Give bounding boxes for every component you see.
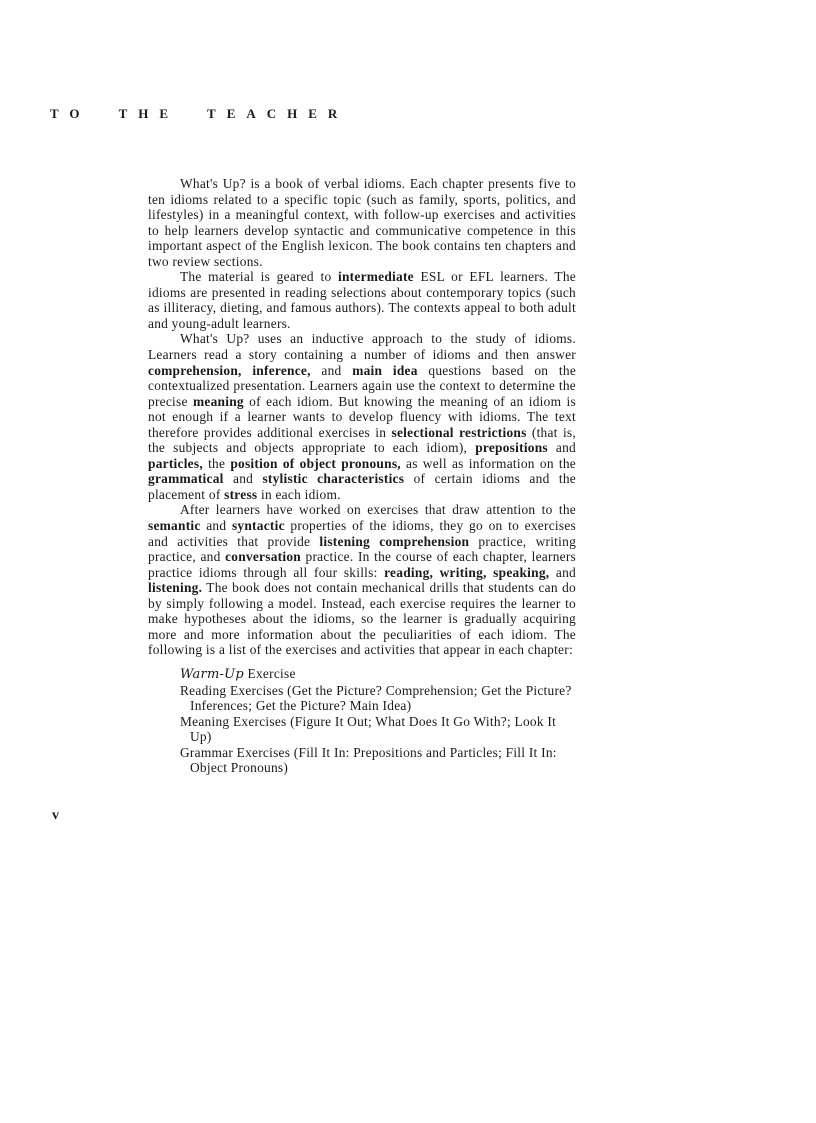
- text-run: and: [549, 565, 576, 580]
- text-run: and: [201, 518, 232, 533]
- bold-term: semantic: [148, 518, 201, 533]
- bold-term: grammatical: [148, 471, 224, 486]
- text-run: the: [203, 456, 230, 471]
- text-run: and: [548, 440, 576, 455]
- text-run: in each idiom.: [257, 487, 340, 502]
- text-run: What's Up? is a book of verbal idioms. E…: [148, 176, 576, 269]
- bold-term: intermediate: [338, 269, 414, 284]
- paragraph: After learners have worked on exercises …: [148, 502, 576, 657]
- bold-term: position of object pronouns,: [230, 456, 401, 471]
- paragraph: The material is geared to intermediate E…: [148, 269, 576, 331]
- page-heading: TO THE TEACHER: [50, 106, 348, 122]
- bold-term: stylistic characteristics: [262, 471, 404, 486]
- bold-term: meaning: [193, 394, 244, 409]
- list-item: Grammar Exercises (Fill It In: Prepositi…: [180, 745, 576, 776]
- list-item-text: Grammar Exercises (Fill It In: Prepositi…: [180, 745, 557, 776]
- exercise-list: Warm-Up Exercise Reading Exercises (Get …: [180, 666, 576, 776]
- bold-term: reading, writing, speaking,: [384, 565, 549, 580]
- text-run: as well as information on the: [401, 456, 576, 471]
- list-item-text: Meaning Exercises (Figure It Out; What D…: [180, 714, 556, 745]
- paragraph: What's Up? uses an inductive approach to…: [148, 331, 576, 502]
- list-item: Meaning Exercises (Figure It Out; What D…: [180, 714, 576, 745]
- page-number: v: [52, 808, 59, 824]
- paragraph: What's Up? is a book of verbal idioms. E…: [148, 176, 576, 269]
- text-run: and: [311, 363, 352, 378]
- bold-term: listening.: [148, 580, 202, 595]
- bold-term: prepositions: [475, 440, 548, 455]
- bold-term: particles,: [148, 456, 203, 471]
- body-text: What's Up? is a book of verbal idioms. E…: [148, 176, 576, 776]
- bold-term: selectional restrictions: [392, 425, 527, 440]
- bold-term: listening comprehension: [319, 534, 469, 549]
- bold-term: comprehension, inference,: [148, 363, 311, 378]
- bold-term: main idea: [352, 363, 418, 378]
- bold-term: stress: [224, 487, 257, 502]
- text-run: The material is geared to: [180, 269, 338, 284]
- list-item-text: Reading Exercises (Get the Picture? Comp…: [180, 683, 572, 714]
- text-run: The book does not contain mechanical dri…: [148, 580, 576, 657]
- text-run: After learners have worked on exercises …: [180, 502, 576, 517]
- list-item: Warm-Up Exercise: [180, 666, 576, 683]
- text-run: What's Up? uses an inductive approach to…: [148, 331, 576, 362]
- list-item: Reading Exercises (Get the Picture? Comp…: [180, 683, 576, 714]
- bold-term: syntactic: [232, 518, 285, 533]
- text-run: and: [224, 471, 263, 486]
- bold-term: conversation: [225, 549, 301, 564]
- list-item-text: Exercise: [244, 666, 296, 681]
- list-item-italic: Warm-Up: [180, 667, 244, 682]
